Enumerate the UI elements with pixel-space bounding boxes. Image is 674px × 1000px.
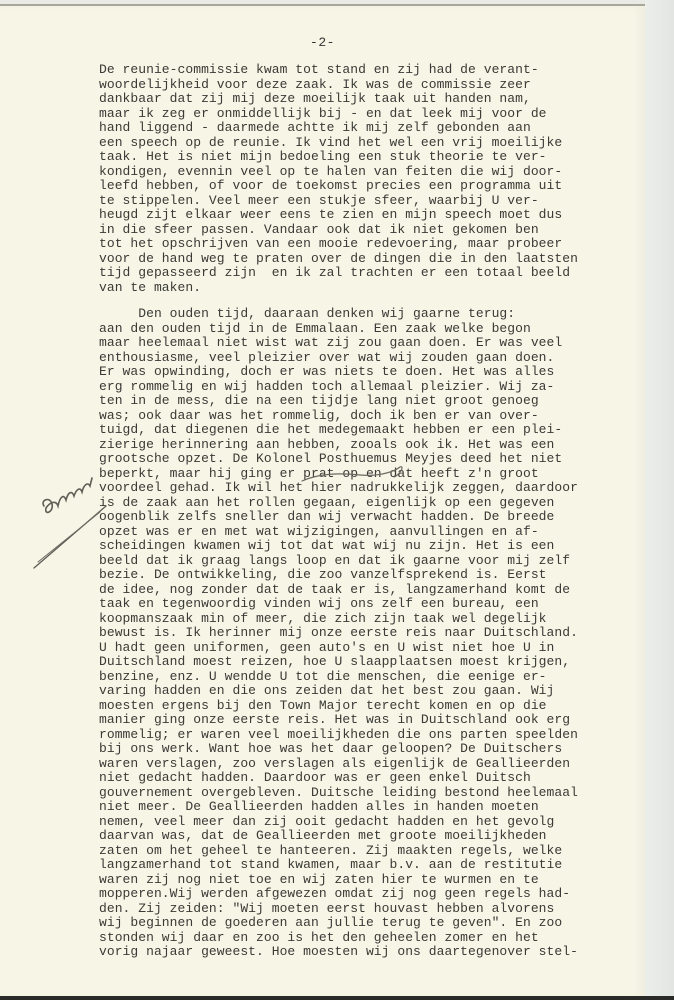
text-line: U hadt geen uniformen, geen auto's en U … (99, 641, 578, 656)
text-line: scheidingen kwamen wij tot dat wat wij n… (99, 539, 578, 554)
text-line: den. Zij zeiden: "Wij moeten eerst houva… (99, 902, 578, 917)
text-line: vorig najaar geweest. Hoe moesten wij on… (99, 945, 578, 960)
text-line: bewust is. Ik herinner mij onze eerste r… (99, 626, 578, 641)
handwritten-overstrike-icon (300, 463, 410, 487)
text-line: gouvernement overgebleven. Duitsche leid… (99, 786, 578, 801)
text-line: niet meer. De Geallieerden hadden alles … (99, 800, 578, 815)
text-line: ten in de mess, die na een tijdje lang n… (99, 394, 578, 409)
text-line: te stippelen. Veel meer een stukje sfeer… (99, 194, 578, 209)
text-line: woordelijkheid voor deze zaak. Ik was de… (99, 78, 578, 93)
text-line: was; ook daar was het rommelig, doch ik … (99, 409, 578, 424)
text-line: zierige herinnering aan hebben, zooals o… (99, 438, 578, 453)
text-line: enthousiasme, veel pleizier over wat wij… (99, 351, 578, 366)
scan-bottom-edge (0, 996, 674, 1000)
text-line: Duitschland moest reizen, hoe U slaappla… (99, 655, 578, 670)
text-line: beeld dat ik graag langs loop en dat ik … (99, 554, 578, 569)
page-number: -2- (0, 35, 645, 50)
text-line: rommelig; er waren veel moeilijkheden di… (99, 728, 578, 743)
text-line: waren zij nog niet toe en wij zaten hier… (99, 873, 578, 888)
text-line: is de zaak aan het rollen gegaan, eigenl… (99, 496, 578, 511)
text-line: voor de hand weg te praten over de dinge… (99, 252, 578, 267)
handwritten-margin-note-icon (30, 476, 110, 576)
text-line: stonden wij daar en zoo is het den gehee… (99, 931, 578, 946)
text-line: leefd hebben, of voor de toekomst precie… (99, 179, 578, 194)
text-line: wij beginnen de goederen aan jullie teru… (99, 916, 578, 931)
text-line: varing hadden en die ons zeiden dat het … (99, 684, 578, 699)
text-line: maar heelemaal niet wist wat zij zou gaa… (99, 336, 578, 351)
text-line: van te maken. (99, 281, 578, 296)
text-line: bezie. De ontwikkeling, die zoo vanzelfs… (99, 568, 578, 583)
text-line: maar ik zeg er onmiddellijk bij - en dat… (99, 107, 578, 122)
text-line: waren verslagen, zoo verslagen als eigen… (99, 757, 578, 772)
text-line: hand liggend - daarmede achtte ik mij ze… (99, 121, 578, 136)
text-line: tot het opschrijven van een mooie redevo… (99, 237, 578, 252)
text-line: moesten ergens bij den Town Major terech… (99, 699, 578, 714)
text-line: opzet was er en met wat wijzigingen, aan… (99, 525, 578, 540)
text-line: benzine, enz. U wendde U tot die mensche… (99, 670, 578, 685)
text-line: aan den ouden tijd in de Emmalaan. Een z… (99, 322, 578, 337)
text-line: tuigd, dat diegenen die het medegemaakt … (99, 423, 578, 438)
text-line: niet gedacht hadden. Daardoor was er gee… (99, 771, 578, 786)
text-line: heugd zijt elkaar weer eens te zien en m… (99, 208, 578, 223)
document-page: -2- De reunie-commissie kwam tot stand e… (0, 4, 645, 998)
text-line: Er was opwinding, doch er was niets te d… (99, 365, 578, 380)
text-line: zaten om het geheel te hanteeren. Zij ma… (99, 844, 578, 859)
text-line: taak. Het is niet mijn bedoeling een stu… (99, 150, 578, 165)
text-line: taak en tegenwoordig vinden wij ons zelf… (99, 597, 578, 612)
text-line: daarvan was, dat de Geallieerden met gro… (99, 829, 578, 844)
text-line: langzamerhand tot stand kwamen, maar b.v… (99, 858, 578, 873)
text-line: koopmanszaak min of meer, die zich zijn … (99, 612, 578, 627)
text-line: mopperen.Wij werden afgewezen omdat zij … (99, 887, 578, 902)
text-line: de idee, nog zonder dat de taak er is, l… (99, 583, 578, 598)
text-line: tijd gepasseerd zijn en ik zal trachten … (99, 266, 578, 281)
text-line: bij ons werk. Want hoe was het daar gelo… (99, 742, 578, 757)
text-line: manier ging onze eerste reis. Het was in… (99, 713, 578, 728)
scan-edge (645, 0, 674, 1000)
paragraph-2: Den ouden tijd, daaraan denken wij gaarn… (99, 307, 578, 960)
text-line: nemen, veel meer dan zij ooit gedacht ha… (99, 815, 578, 830)
text-line: erg rommelig en wij hadden toch allemaal… (99, 380, 578, 395)
text-line: een speech op de reunie. Ik vind het wel… (99, 136, 578, 151)
text-line: in die sfeer passen. Vandaar ook dat ik … (99, 223, 578, 238)
text-line: dankbaar dat zij mij deze moeilijk taak … (99, 92, 578, 107)
text-line: kondigen, evennin veel op te halen van f… (99, 165, 578, 180)
text-line: oogenblik zelfs sneller dan wij verwacht… (99, 510, 578, 525)
paragraph-1: De reunie-commissie kwam tot stand en zi… (99, 63, 578, 295)
text-line: De reunie-commissie kwam tot stand en zi… (99, 63, 578, 78)
text-line: Den ouden tijd, daaraan denken wij gaarn… (99, 307, 578, 322)
